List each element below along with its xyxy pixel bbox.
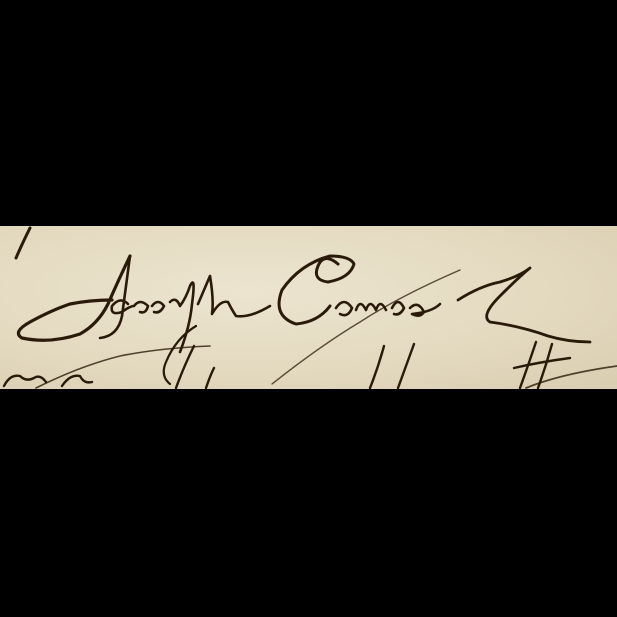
manuscript-strip: Joseph Gomes ... de ... ll ... tt	[0, 226, 617, 389]
signature-omes	[336, 302, 440, 316]
signature-oseph	[112, 276, 270, 352]
stray-stroke	[16, 228, 30, 258]
signature-J	[18, 256, 130, 340]
handwriting	[0, 226, 617, 389]
